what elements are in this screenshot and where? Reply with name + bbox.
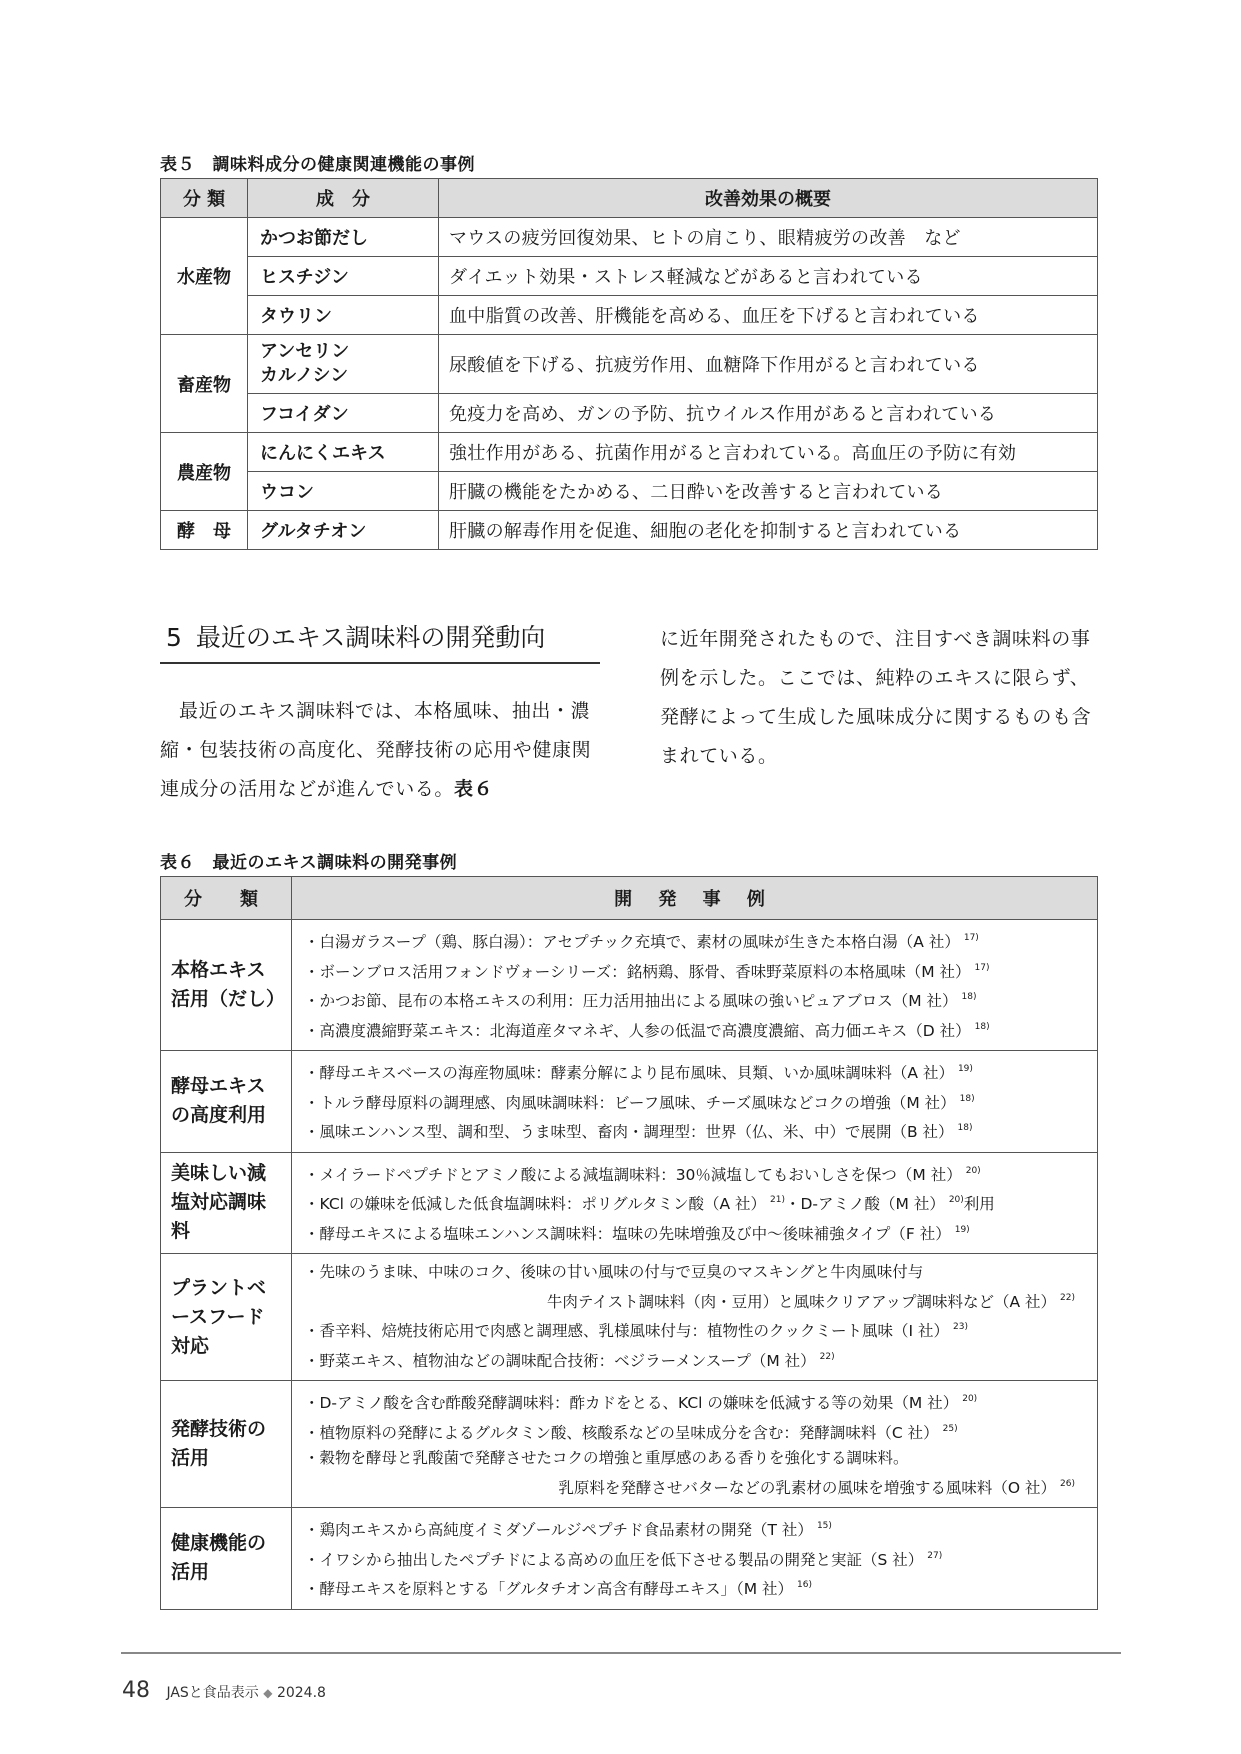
table5-header-ingredient: 成 分 <box>248 179 439 218</box>
table-row: 水産物 かつお節だし マウスの疲労回復効果、ヒトの肩こり、眼精疲労の改善 など <box>161 218 1098 257</box>
section-heading: 5最近のエキス調味料の開発動向 <box>160 618 600 664</box>
category-line: 料 <box>171 1217 290 1246</box>
category-line: 美味しい減 <box>171 1159 290 1188</box>
effect-cell: 血中脂質の改善、肝機能を高める、血圧を下げると言われている <box>439 296 1098 335</box>
ingredient-cell: グルタチオン <box>248 511 439 550</box>
list-item: ・メイラードペプチドとアミノ酸による減塩調味料：30％減塩してもおいしさを保つ（… <box>304 1159 1089 1189</box>
list-item: ・ボーンブロス活用フォンドヴォーシリーズ：銘柄鶏、豚骨、香味野菜原料の本格風味（… <box>304 956 1089 986</box>
list-item: ・D-アミノ酸を含む酢酸発酵調味料：酢カドをとる、KCl の嫌味を低減する等の効… <box>304 1387 1089 1417</box>
table6-header-row: 分 類 開 発 事 例 <box>161 877 1098 920</box>
diamond-icon: ◆ <box>263 1686 272 1700</box>
list-item: ・植物原料の発酵によるグルタミン酸、核酸系などの呈味成分を含む：発酵調味料（C … <box>304 1417 1089 1447</box>
page-footer: 48 JASと食品表示 ◆ 2024.8 <box>122 1678 326 1703</box>
category-line: 酵母エキス <box>171 1072 290 1101</box>
list-item: ・高濃度濃縮野菜エキス：北海道産タマネギ、人参の低温で高濃度濃縮、高力価エキス（… <box>304 1015 1089 1045</box>
list-item: ・酵母エキスを原料とする「グルタチオン高含有酵母エキス」（M 社）16) <box>304 1573 1089 1603</box>
category-line: 発酵技術の <box>171 1415 290 1444</box>
examples-cell: ・酵母エキスベースの海産物風味：酵素分解により昆布風味、貝類、いか風味調味料（A… <box>292 1051 1098 1153</box>
section-number: 5 <box>166 623 182 652</box>
ingredient-cell: フコイダン <box>248 394 439 433</box>
list-item: ・KCl の嫌味を低減した低食塩調味料：ポリグルタミン酸（A 社）21)・D-ア… <box>304 1188 1089 1218</box>
effect-cell: 肝臓の解毒作用を促進、細胞の老化を抑制すると言われている <box>439 511 1098 550</box>
table5: 分 類 成 分 改善効果の概要 水産物 かつお節だし マウスの疲労回復効果、ヒト… <box>160 178 1098 550</box>
category-line: 活用 <box>171 1558 290 1587</box>
table5-caption: 表５ 調味料成分の健康関連機能の事例 <box>160 150 475 175</box>
table-row: 農産物 にんにくエキス 強壮作用がある、抗菌作用がると言われている。高血圧の予防… <box>161 433 1098 472</box>
category-cell: 水産物 <box>161 218 248 335</box>
examples-cell: ・鶏肉エキスから高純度イミダゾールジペプチド食品素材の開発（T 社）15) ・イ… <box>292 1508 1098 1610</box>
table6-header-category: 分 類 <box>161 877 292 920</box>
section-title: 最近のエキス調味料の開発動向 <box>196 623 546 652</box>
publication-title: JASと食品表示 <box>166 1685 258 1701</box>
effect-cell: 尿酸値を下げる、抗疲労作用、血糖降下作用がると言われている <box>439 335 1098 394</box>
examples-cell: ・D-アミノ酸を含む酢酸発酵調味料：酢カドをとる、KCl の嫌味を低減する等の効… <box>292 1381 1098 1508</box>
category-cell: 農産物 <box>161 433 248 511</box>
page-number: 48 <box>122 1678 150 1703</box>
footer-divider <box>121 1652 1121 1654</box>
category-line: プラントベ <box>171 1274 290 1303</box>
effect-cell: 肝臓の機能をたかめる、二日酔いを改善すると言われている <box>439 472 1098 511</box>
table-row: フコイダン 免疫力を高め、ガンの予防、抗ウイルス作用があると言われている <box>161 394 1098 433</box>
ingredient-cell: にんにくエキス <box>248 433 439 472</box>
list-item: ・酵母エキスによる塩味エンハンス調味料：塩味の先味増強及び中～後味補強タイプ（F… <box>304 1218 1089 1248</box>
category-line: ースフード <box>171 1303 290 1332</box>
list-item: ・先味のうま味、中味のコク、後味の甘い風味の付与で豆臭のマスキングと牛肉風味付与 <box>304 1260 1089 1286</box>
table-row: タウリン 血中脂質の改善、肝機能を高める、血圧を下げると言われている <box>161 296 1098 335</box>
table6-caption: 表６ 最近のエキス調味料の開発事例 <box>160 848 457 873</box>
table-row: 健康機能の 活用 ・鶏肉エキスから高純度イミダゾールジペプチド食品素材の開発（T… <box>161 1508 1098 1610</box>
category-cell: 美味しい減 塩対応調味 料 <box>161 1152 292 1254</box>
category-line: 本格エキス <box>171 956 290 985</box>
table5-header-row: 分 類 成 分 改善効果の概要 <box>161 179 1098 218</box>
body-paragraph-left: 最近のエキス調味料では、本格風味、抽出・濃縮・包装技術の高度化、発酵技術の応用や… <box>160 692 600 809</box>
category-line: の高度利用 <box>171 1101 290 1130</box>
paragraph-text: 最近のエキス調味料では、本格風味、抽出・濃縮・包装技術の高度化、発酵技術の応用や… <box>160 700 591 800</box>
effect-cell: 強壮作用がある、抗菌作用がると言われている。高血圧の予防に有効 <box>439 433 1098 472</box>
table-row: 畜産物 アンセリン カルノシン 尿酸値を下げる、抗疲労作用、血糖降下作用がると言… <box>161 335 1098 394</box>
table-row: 発酵技術の 活用 ・D-アミノ酸を含む酢酸発酵調味料：酢カドをとる、KCl の嫌… <box>161 1381 1098 1508</box>
category-line: 対応 <box>171 1332 290 1361</box>
table-row: ヒスチジン ダイエット効果・ストレス軽減などがあると言われている <box>161 257 1098 296</box>
category-cell: 畜産物 <box>161 335 248 433</box>
effect-cell: 免疫力を高め、ガンの予防、抗ウイルス作用があると言われている <box>439 394 1098 433</box>
table-row: 本格エキス 活用（だし） ・白湯ガラスープ（鶏、豚白湯）：アセプチック充填で、素… <box>161 920 1098 1051</box>
table-row: 酵母エキス の高度利用 ・酵母エキスベースの海産物風味：酵素分解により昆布風味、… <box>161 1051 1098 1153</box>
category-cell: 酵 母 <box>161 511 248 550</box>
category-line: 活用 <box>171 1444 290 1473</box>
ingredient-cell: ヒスチジン <box>248 257 439 296</box>
category-line: 塩対応調味 <box>171 1188 290 1217</box>
effect-cell: ダイエット効果・ストレス軽減などがあると言われている <box>439 257 1098 296</box>
category-cell: 酵母エキス の高度利用 <box>161 1051 292 1153</box>
examples-cell: ・白湯ガラスープ（鶏、豚白湯）：アセプチック充填で、素材の風味が生きた本格白湯（… <box>292 920 1098 1051</box>
list-item: ・かつお節、昆布の本格エキスの利用：圧力活用抽出による風味の強いピュアブロス（M… <box>304 985 1089 1015</box>
ingredient-line: アンセリン <box>260 340 437 364</box>
list-item: ・白湯ガラスープ（鶏、豚白湯）：アセプチック充填で、素材の風味が生きた本格白湯（… <box>304 926 1089 956</box>
table-reference: 表６ <box>454 778 493 800</box>
list-item: ・野菜エキス、植物油などの調味配合技術：ベジラーメンスープ（M 社）22) <box>304 1345 1089 1375</box>
category-cell: 健康機能の 活用 <box>161 1508 292 1610</box>
category-line: 健康機能の <box>171 1529 290 1558</box>
ingredient-line: カルノシン <box>260 364 437 388</box>
list-item: ・イワシから抽出したペプチドによる高めの血圧を低下させる製品の開発と実証（S 社… <box>304 1544 1089 1574</box>
effect-cell: マウスの疲労回復効果、ヒトの肩こり、眼精疲労の改善 など <box>439 218 1098 257</box>
list-item-continuation: 乳原料を発酵させバターなどの乳素材の風味を増強する風味料（O 社）26) <box>304 1472 1089 1502</box>
list-item: ・鶏肉エキスから高純度イミダゾールジペプチド食品素材の開発（T 社）15) <box>304 1514 1089 1544</box>
table-row: 美味しい減 塩対応調味 料 ・メイラードペプチドとアミノ酸による減塩調味料：30… <box>161 1152 1098 1254</box>
category-cell: 発酵技術の 活用 <box>161 1381 292 1508</box>
body-paragraph-right: に近年開発されたもので、注目すべき調味料の事例を示した。ここでは、純粋のエキスに… <box>660 620 1100 776</box>
table-row: プラントベ ースフード 対応 ・先味のうま味、中味のコク、後味の甘い風味の付与で… <box>161 1254 1098 1381</box>
category-cell: 本格エキス 活用（だし） <box>161 920 292 1051</box>
table5-header-category: 分 類 <box>161 179 248 218</box>
category-line: 活用（だし） <box>171 985 290 1014</box>
ingredient-cell: ウコン <box>248 472 439 511</box>
list-item: ・風味エンハンス型、調和型、うま味型、畜肉・調理型：世界（仏、米、中）で展開（B… <box>304 1116 1089 1146</box>
list-item: ・香辛料、焙焼技術応用で肉感と調理感、乳様風味付与：植物性のクックミート風味（I… <box>304 1315 1089 1345</box>
table6-header-examples: 開 発 事 例 <box>292 877 1098 920</box>
issue-date: 2024.8 <box>277 1685 326 1701</box>
table-row: ウコン 肝臓の機能をたかめる、二日酔いを改善すると言われている <box>161 472 1098 511</box>
list-item: ・酵母エキスベースの海産物風味：酵素分解により昆布風味、貝類、いか風味調味料（A… <box>304 1057 1089 1087</box>
table5-header-effect: 改善効果の概要 <box>439 179 1098 218</box>
list-item-continuation: 牛肉テイスト調味料（肉・豆用）と風味クリアアップ調味料など（A 社）22) <box>304 1286 1089 1316</box>
ingredient-cell: かつお節だし <box>248 218 439 257</box>
list-item: ・穀物を酵母と乳酸菌で発酵させたコクの増強と重厚感のある香りを強化する調味料。 <box>304 1446 1089 1472</box>
examples-cell: ・先味のうま味、中味のコク、後味の甘い風味の付与で豆臭のマスキングと牛肉風味付与… <box>292 1254 1098 1381</box>
ingredient-cell: タウリン <box>248 296 439 335</box>
table-row: 酵 母 グルタチオン 肝臓の解毒作用を促進、細胞の老化を抑制すると言われている <box>161 511 1098 550</box>
category-cell: プラントベ ースフード 対応 <box>161 1254 292 1381</box>
examples-cell: ・メイラードペプチドとアミノ酸による減塩調味料：30％減塩してもおいしさを保つ（… <box>292 1152 1098 1254</box>
table6: 分 類 開 発 事 例 本格エキス 活用（だし） ・白湯ガラスープ（鶏、豚白湯）… <box>160 876 1098 1610</box>
ingredient-cell: アンセリン カルノシン <box>248 335 439 394</box>
list-item: ・トルラ酵母原料の調理感、肉風味調味料：ビーフ風味、チーズ風味などコクの増強（M… <box>304 1087 1089 1117</box>
